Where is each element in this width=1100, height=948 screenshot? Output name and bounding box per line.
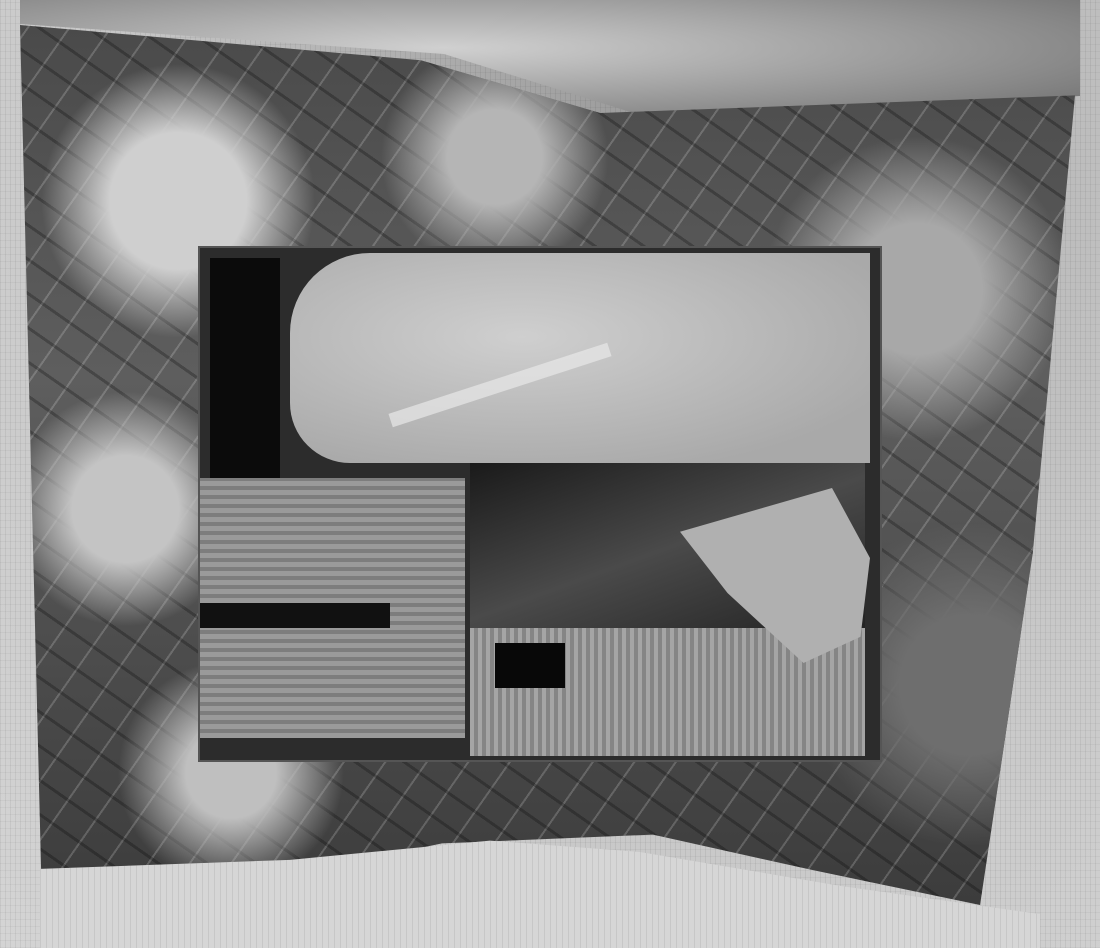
central-print-plate <box>200 248 880 760</box>
black-vertical-bar <box>210 258 280 503</box>
black-rectangle <box>495 643 565 688</box>
black-horizontal-band <box>200 603 390 628</box>
